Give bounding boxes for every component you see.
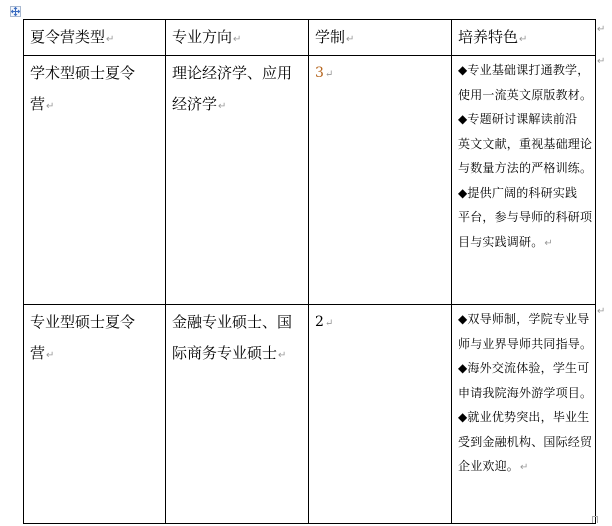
paragraph-mark: ↵ [233,34,241,45]
header-row: 夏令营类型↵ 专业方向↵ 学制↵ 培养特色↵ [24,20,596,56]
table-resize-handle[interactable] [592,516,598,523]
summer-camp-table: 夏令营类型↵ 专业方向↵ 学制↵ 培养特色↵ 学术型硕士夏令 营↵ 理论经济学、… [23,19,596,524]
table-row: 学术型硕士夏令 营↵ 理论经济学、应用 经济学↵ 3↵ ◆专业基础课打通教学， … [24,56,596,305]
paragraph-mark: ↵ [218,101,226,112]
feature-line: 与数量方法的严格训练。 [458,156,595,181]
feature-line: 使用一流英文原版教材。 [458,83,595,108]
paragraph-mark: ↵ [325,318,333,329]
feature-line: 目与实践调研。 [458,235,543,249]
header-cell-features[interactable]: 培养特色↵ [452,20,596,56]
feature-line: 平台，参与导师的科研项 [458,205,595,230]
cell-years[interactable]: 3↵ [309,56,452,305]
paragraph-mark: ↵ [519,34,527,45]
cell-type[interactable]: 专业型硕士夏令 营↵ [24,305,166,524]
feature-line: ◆双导师制，学院专业导 [458,307,595,332]
feature-line: ◆就业优势突出，毕业生 [458,405,595,430]
feature-line: 申请我院海外游学项目。 [458,381,595,406]
feature-line: 英文文献，重视基础理论 [458,132,595,157]
cell-direction[interactable]: 理论经济学、应用 经济学↵ [166,56,309,305]
paragraph-mark: ↵ [46,350,54,361]
paragraph-mark: ↵ [46,101,54,112]
feature-line: 受到金融机构、国际经贸 [458,430,595,455]
table-row: 专业型硕士夏令 营↵ 金融专业硕士、国 际商务专业硕士↵ 2↵ ◆双导师制，学院… [24,305,596,524]
feature-line: ◆提供广阔的科研实践 [458,181,595,206]
paragraph-mark: ↵ [106,34,114,45]
paragraph-mark: ↵ [278,350,286,361]
row-end-mark: ↵ [597,24,605,35]
feature-line: 师与业界导师共同指导。 [458,332,595,357]
table-move-handle-icon[interactable] [10,6,21,17]
feature-line: ◆专业基础课打通教学， [458,58,595,83]
feature-line: 企业欢迎。 [458,459,519,473]
header-cell-direction[interactable]: 专业方向↵ [166,20,309,56]
cell-type[interactable]: 学术型硕士夏令 营↵ [24,56,166,305]
header-cell-years[interactable]: 学制↵ [309,20,452,56]
paragraph-mark: ↵ [325,69,333,80]
paragraph-mark: ↵ [544,238,553,249]
cell-direction[interactable]: 金融专业硕士、国 际商务专业硕士↵ [166,305,309,524]
row-end-mark: ↵ [597,56,605,67]
paragraph-mark: ↵ [520,462,529,473]
cell-features[interactable]: ◆专业基础课打通教学， 使用一流英文原版教材。 ◆专题研讨课解读前沿 英文文献，… [452,56,596,305]
row-end-mark: ↵ [597,306,605,317]
header-cell-type[interactable]: 夏令营类型↵ [24,20,166,56]
paragraph-mark: ↵ [346,34,354,45]
feature-line: ◆专题研讨课解读前沿 [458,107,595,132]
cell-years[interactable]: 2↵ [309,305,452,524]
feature-line: ◆海外交流体验，学生可 [458,356,595,381]
cell-features[interactable]: ◆双导师制，学院专业导 师与业界导师共同指导。 ◆海外交流体验，学生可 申请我院… [452,305,596,524]
